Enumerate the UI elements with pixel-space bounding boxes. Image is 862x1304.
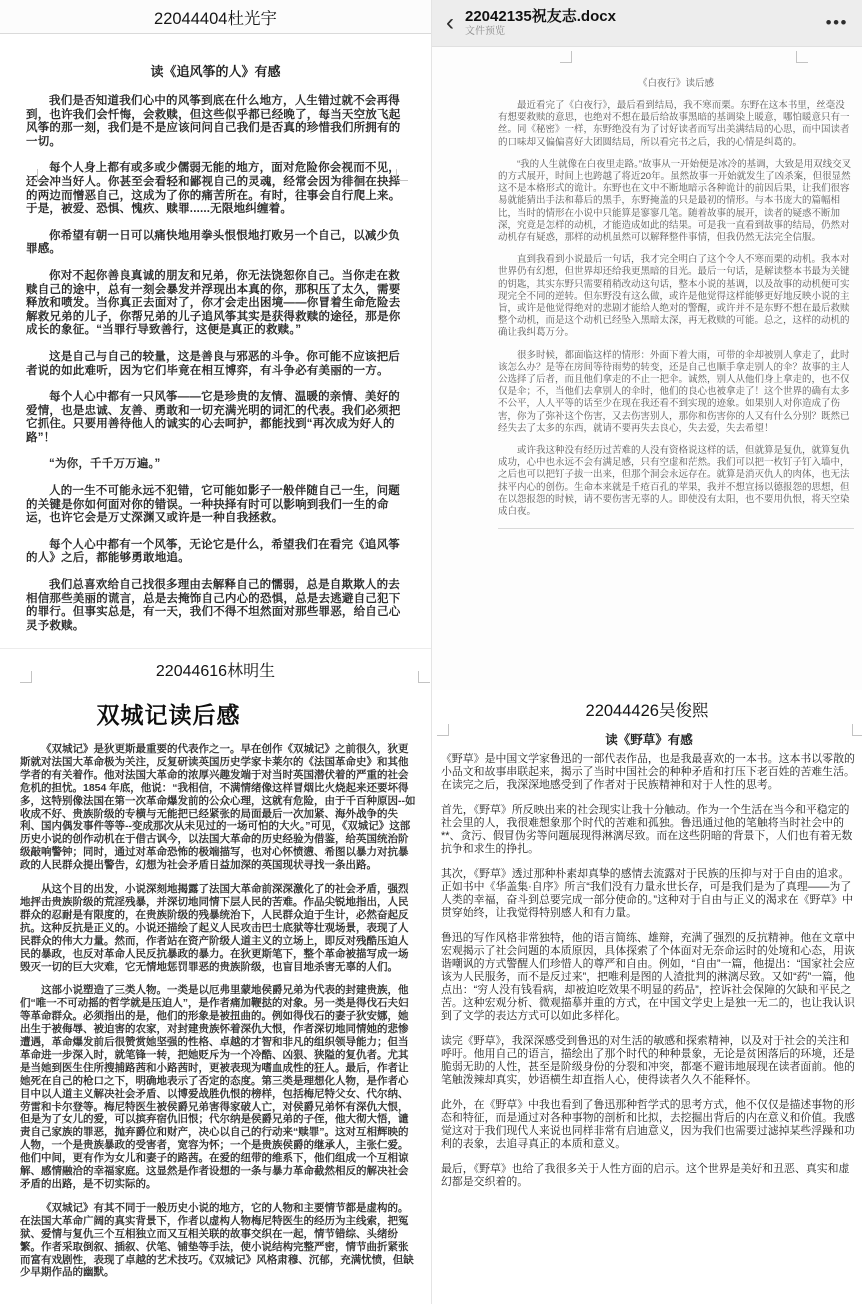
back-icon[interactable]: ‹ [446,11,454,35]
essay-paragraph: 我们是否知道我们心中的风筝到底在什么地方，人生错过就不会再得到，也许我们会忏悔，… [26,95,405,149]
essay-paragraph: 最后，《野草》也给了我很多关于人性方面的启示。这个世界是美好和丑恶、真实和虚幻都… [441,1163,857,1189]
more-options-icon[interactable]: ••• [826,13,848,33]
page-margin-mark-icon [26,169,38,181]
essay-paragraph: 其次，《野草》透过那种朴素却真挚的感情去流露对于民族的压抑与对于自由的追求。正如… [441,868,857,920]
file-name: 22042135祝友志.docx [465,8,616,25]
essay-paragraph: 每个人身上都有或多或少儒弱无能的地方，面对危险你会视而不见，还会冲当好人。你甚至… [26,162,405,216]
page-margin-mark-icon [20,671,32,683]
doc-preview-kite-runner: 22044404杜光宇 读《追风筝的人》有感 我们是否知道我们心中的风筝到底在什… [0,0,431,648]
essay-paragraph: 这部小说塑造了三类人物。一类是以厄弗里蒙地侯爵兄弟为代表的封建贵族，他们“唯一不… [20,984,417,1191]
essay-title: 读《追风筝的人》有感 [26,61,405,80]
document-page[interactable]: 《白夜行》读后感 最近看完了《白夜行》，最后看到结局，我不寒而栗。东野在这本书里… [432,47,862,690]
essay-paragraph: 你希望有朝一日可以痛快地用拳头恨恨地打败另一个自己，以减少负罪感。 [26,230,405,257]
essay-paragraph: 鲁迅的写作风格非常独特，他的语言简练、雄辩，充满了强烈的反抗精神。他在文章中宏观… [441,932,857,1023]
essay-paragraph: 首先，《野草》所反映出来的社会现实让我十分触动。作为一个生活在当今和平稳定的社会… [441,804,857,856]
essay-title: 《白夜行》读后感 [498,75,854,89]
page-margin-mark-icon [796,51,808,63]
file-meta: 22042135祝友志.docx 文件预览 [465,8,616,38]
essay-paragraph: 我们总喜欢给自己找很多理由去解释自己的懦弱，总是自欺欺人的去相信那些美丽的谎言，… [26,579,405,633]
essay-body: 《野草》是中国文学家鲁迅的一部代表作品，也是我最喜欢的一本书。这本书以零散的小品… [441,753,857,1189]
doc-owner-name: 22044616林明生 [0,658,431,681]
left-column: 22044404杜光宇 读《追风筝的人》有感 我们是否知道我们心中的风筝到底在什… [0,0,431,1304]
right-column: ‹ 22042135祝友志.docx 文件预览 ••• 《白夜行》读后感 最近看… [431,0,862,1304]
essay-paragraph: 直到我看到小说最后一句话，我才完全明白了这个令人不寒而栗的动机。我本对世界仍有幻… [498,254,854,339]
doc-preview-wild-grass: 22044426吴俊熙 读《野草》有感 《野草》是中国文学家鲁迅的一部代表作品，… [432,690,862,1304]
essay-paragraph: 每个人心中都有一个风筝，无论它是什么，希望我们在看完《追风筝的人》之后，都能够勇… [26,539,405,566]
essay-title: 双城记读后感 [20,697,317,730]
essay-paragraph: 很多时候，都面临这样的情形：外面下着大雨，可带的伞却被别人拿走了，此时该怎么办？… [498,350,854,435]
doc-preview-white-night: ‹ 22042135祝友志.docx 文件预览 ••• 《白夜行》读后感 最近看… [432,0,862,690]
essay-paragraph: 人的一生不可能永远不犯错，它可能如影子一般伴随自己一生，问题的关键是你如何面对你… [26,485,405,526]
end-of-document-divider [498,528,854,529]
essay-title: 读《野草》有感 [441,730,857,748]
essay-paragraph: 此外，在《野草》中我也看到了鲁迅那种哲学式的思考方式，他不仅仅是描述事物的形态和… [441,1099,857,1151]
essay-paragraph: 或许我这种没有经历过苦难的人没有资格说这样的话，但就算是复仇，就算复仇成功，心中… [498,445,854,518]
essay-body: 最近看完了《白夜行》，最后看到结局，我不寒而栗。东野在这本书里，丝毫没有想要救赎… [498,100,854,518]
essay-paragraph: 每个人心中都有一只风筝——它是珍贵的友情、温暖的亲情、美好的爱情，也是忠诚、友善… [26,391,405,445]
essay-paragraph: 读完《野草》，我深深感受到鲁迅的对生活的敏感和探索精神，以及对于社会的关注和呼吁… [441,1035,857,1087]
doc-owner-name: 22044404杜光宇 [154,5,277,29]
screenshot-grid: 22044404杜光宇 读《追风筝的人》有感 我们是否知道我们心中的风筝到底在什… [0,0,862,1304]
essay-paragraph: “为你，千千万万遍。” [26,458,405,472]
essay-paragraph: 最近看完了《白夜行》，最后看到结局，我不寒而栗。东野在这本书里，丝毫没有想要救赎… [498,100,854,149]
essay-body: 我们是否知道我们心中的风筝到底在什么地方，人生错过就不会再得到，也许我们会忏悔，… [26,95,405,633]
file-preview-appbar: ‹ 22042135祝友志.docx 文件预览 ••• [432,0,862,47]
essay-paragraph: 你对不起你善良真诚的朋友和兄弟，你无法饶恕你自己。当你走在救赎自己的途中，总有一… [26,270,405,338]
page-margin-mark-icon [418,671,430,683]
page-margin-mark-icon [560,51,572,63]
essay-paragraph: 从这个目的出发，小说深刻地揭露了法国大革命前深深激化了的社会矛盾，强烈地抨击贵族… [20,883,417,973]
essay-body: 《双城记》是狄更斯最重要的代表作之一。早在创作《双城记》之前很久，狄更斯就对法国… [20,743,417,1279]
doc-header-tl: 22044404杜光宇 [0,0,431,34]
doc-owner-name: 22044426吴俊熙 [432,697,862,721]
essay-paragraph: 《野草》是中国文学家鲁迅的一部代表作品，也是我最喜欢的一本书。这本书以零散的小品… [441,753,857,792]
document-page[interactable]: 读《追风筝的人》有感 我们是否知道我们心中的风筝到底在什么地方，人生错过就不会再… [0,61,431,648]
page-margin-mark-icon [396,169,408,181]
doc-preview-two-cities: 22044616林明生 双城记读后感 《双城记》是狄更斯最重要的代表作之一。早在… [0,648,431,1304]
document-page[interactable]: 双城记读后感 《双城记》是狄更斯最重要的代表作之一。早在创作《双城记》之前很久，… [0,697,431,1279]
essay-paragraph: 《双城记》有其不同于一般历史小说的地方，它的人物和主要情节都是虚构的。在法国大革… [20,1202,417,1279]
document-page[interactable]: 读《野草》有感 《野草》是中国文学家鲁迅的一部代表作品，也是我最喜欢的一本书。这… [432,730,862,1189]
essay-paragraph: 这是自己与自己的较量，这是善良与邪恶的斗争。你可能不应该把后者说的如此难听，因为… [26,351,405,378]
essay-paragraph: “我的人生就像在白夜里走路。”故事从一开始便是冰冷的基调，大致是用双线交叉的方式… [498,159,854,244]
file-preview-label: 文件预览 [465,25,616,38]
essay-paragraph: 《双城记》是狄更斯最重要的代表作之一。早在创作《双城记》之前很久，狄更斯就对法国… [20,743,417,872]
